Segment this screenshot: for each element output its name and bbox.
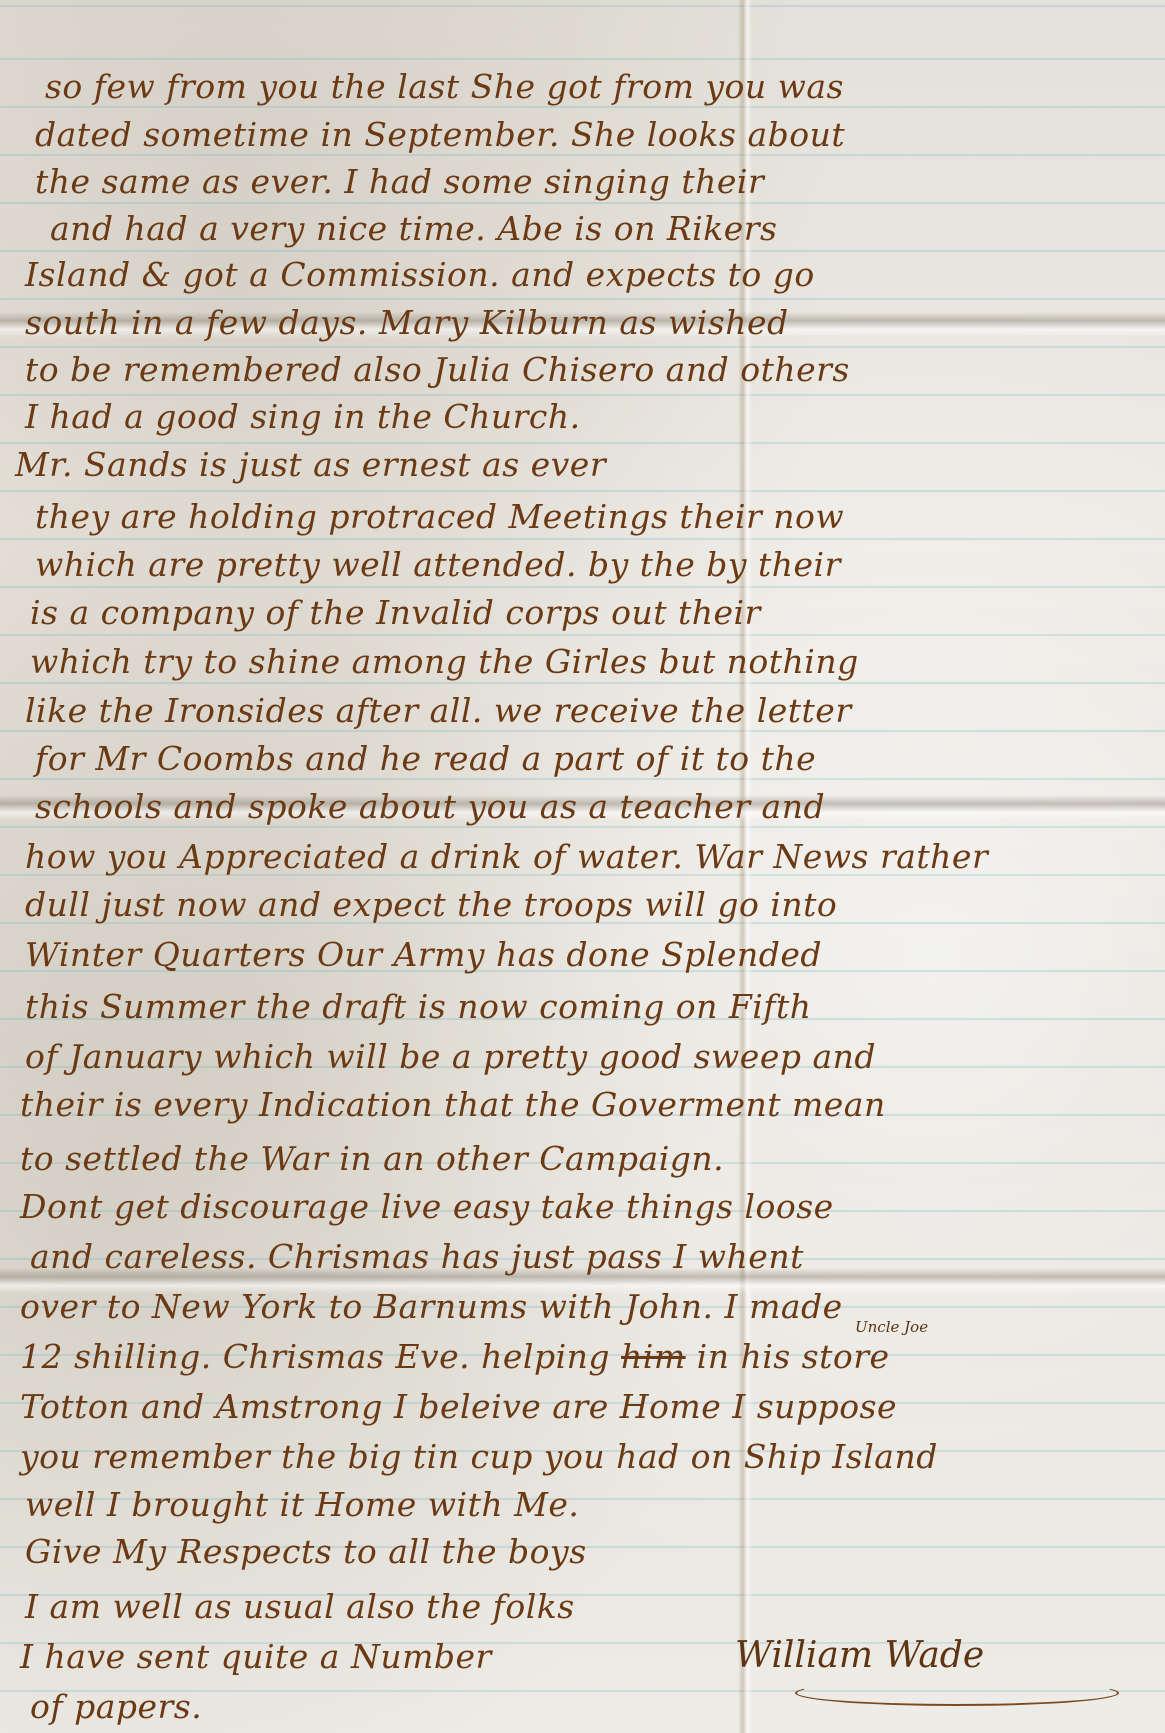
- letter-line: like the Ironsides after all. we receive…: [25, 694, 852, 727]
- interlinear-insertion: Uncle Joe: [855, 1318, 928, 1336]
- struck-word: him: [621, 1337, 686, 1376]
- letter-line: I had a good sing in the Church.: [25, 400, 581, 433]
- letter-line: this Summer the draft is now coming on F…: [25, 990, 812, 1023]
- letter-line: over to New York to Barnums with John. I…: [20, 1290, 843, 1323]
- letter-line: how you Appreciated a drink of water. Wa…: [25, 840, 988, 873]
- letter-line: Island & got a Commission. and expects t…: [25, 258, 815, 291]
- letter-page: so few from you the last She got from yo…: [0, 0, 1165, 1733]
- signature: William Wade: [735, 1635, 984, 1676]
- letter-line: they are holding protraced Meetings thei…: [35, 500, 844, 533]
- letter-line: to settled the War in an other Campaign.: [20, 1142, 724, 1175]
- letter-line: south in a few days. Mary Kilburn as wis…: [25, 306, 789, 339]
- line-text-continued: in his store: [697, 1337, 890, 1376]
- letter-line: you remember the big tin cup you had on …: [20, 1440, 938, 1473]
- letter-line: is a company of the Invalid corps out th…: [30, 596, 761, 629]
- letter-line: of papers.: [30, 1690, 202, 1723]
- letter-line: dated sometime in September. She looks a…: [35, 118, 845, 151]
- letter-line: schools and spoke about you as a teacher…: [35, 790, 825, 823]
- letter-line: to be remembered also Julia Chisero and …: [25, 353, 850, 386]
- letter-line: of January which will be a pretty good s…: [25, 1040, 876, 1073]
- letter-line: Totton and Amstrong I beleive are Home I…: [20, 1390, 897, 1423]
- letter-line: 12 shilling. Chrismas Eve. helping him i…: [20, 1340, 890, 1373]
- signature-flourish: [795, 1680, 1119, 1706]
- letter-line: the same as ever. I had some singing the…: [35, 165, 764, 198]
- letter-line: and careless. Chrismas has just pass I w…: [30, 1240, 804, 1273]
- letter-line: their is every Indication that the Gover…: [20, 1088, 886, 1121]
- letter-line: which are pretty well attended. by the b…: [35, 548, 841, 581]
- letter-line: Give My Respects to all the boys: [25, 1535, 587, 1568]
- letter-line: well I brought it Home with Me.: [25, 1488, 579, 1521]
- letter-line: and had a very nice time. Abe is on Rike…: [50, 212, 777, 245]
- letter-line: for Mr Coombs and he read a part of it t…: [35, 742, 816, 775]
- letter-line: Mr. Sands is just as ernest as ever: [15, 448, 606, 481]
- letter-line: I am well as usual also the folks: [25, 1590, 575, 1623]
- letter-line: which try to shine among the Girles but …: [30, 645, 859, 678]
- letter-line: so few from you the last She got from yo…: [45, 70, 844, 103]
- letter-line: Dont get discourage live easy take thing…: [20, 1190, 834, 1223]
- letter-line: Winter Quarters Our Army has done Splend…: [25, 938, 822, 971]
- letter-line: dull just now and expect the troops will…: [25, 888, 837, 921]
- letter-line: I have sent quite a Number: [20, 1640, 492, 1673]
- line-text: 12 shilling. Chrismas Eve. helping: [20, 1337, 610, 1376]
